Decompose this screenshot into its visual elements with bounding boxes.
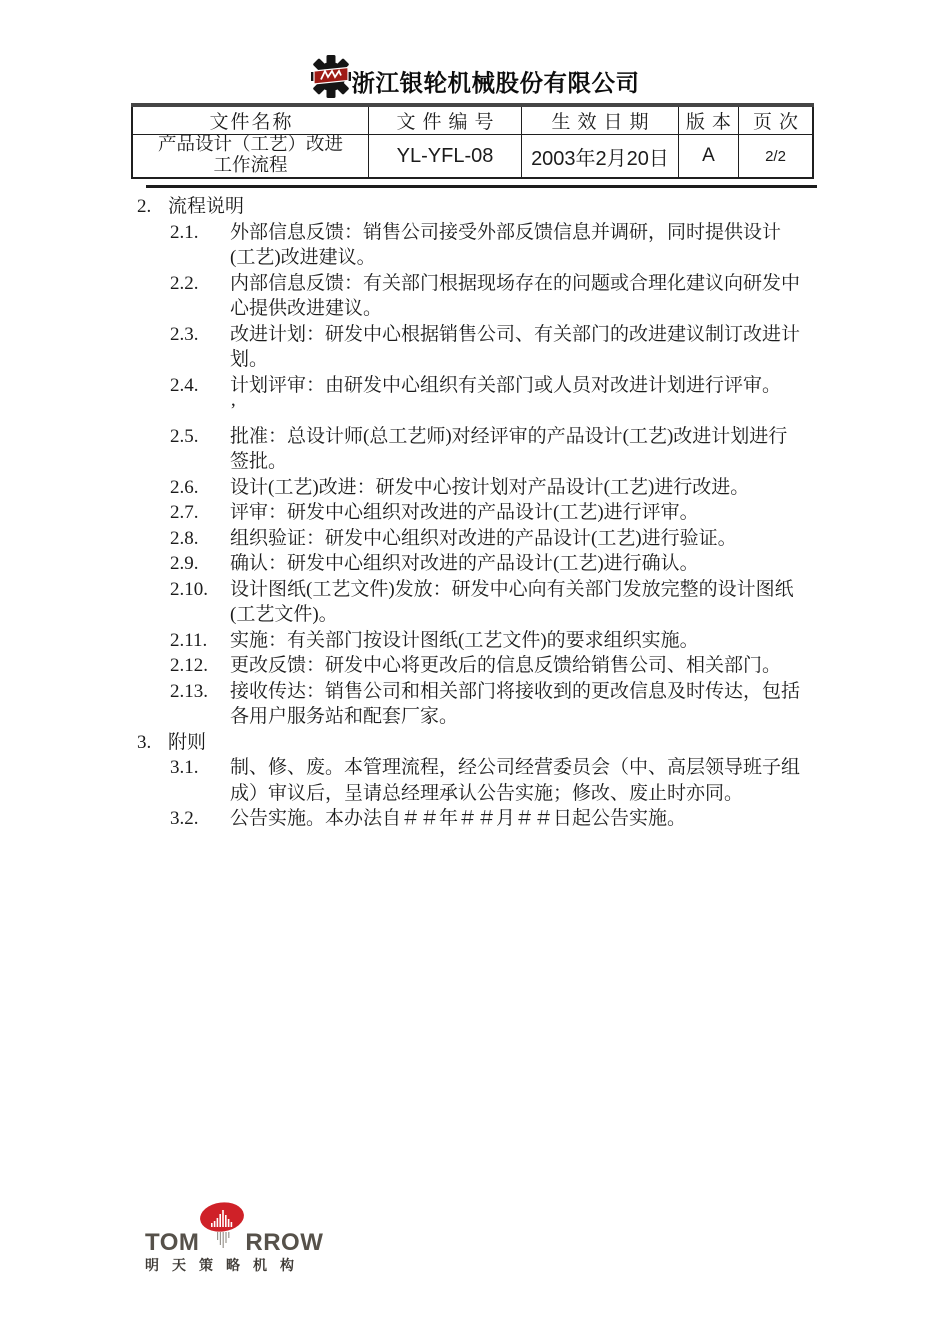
document-info-table: 文件名称 文件编号 生效日期 版本 页次 产品设计（工艺）改进 工作流程 YL-… [131, 103, 814, 179]
tomorrow-logo-text-left: TOM [145, 1234, 199, 1251]
section-heading-2: 2.流程说明 [0, 194, 950, 220]
header-divider-rule [146, 185, 817, 188]
col-header-effective-date: 生效日期 [522, 105, 679, 135]
tomorrow-logo-subtitle: 明天策略机构 [145, 1255, 323, 1275]
process-section: 2.流程说明 2.1.外部信息反馈：销售公司接受外部反馈信息并调研，同时提供设计… [0, 194, 950, 832]
company-gear-logo-icon [311, 54, 351, 99]
process-item-2-2: 2.2.内部信息反馈：有关部门根据现场存在的问题或合理化建议向研发中 心提供改进… [0, 271, 950, 322]
document-page: 浙江银轮机械股份有限公司 文件名称 文件编号 生效日期 版本 页次 产品设计（工… [0, 0, 950, 1344]
process-item-2-12: 2.12.更改反馈：研发中心将更改后的信息反馈给销售公司、相关部门。 [0, 653, 950, 679]
process-item-2-9: 2.9.确认：研发中心组织对改进的产品设计(工艺)进行确认。 [0, 551, 950, 577]
process-item-2-6: 2.6.设计(工艺)改进：研发中心按计划对产品设计(工艺)进行改进。 [0, 475, 950, 501]
process-item-2-4: 2.4.计划评审：由研发中心组织有关部门或人员对改进计划进行评审。 ’ [0, 373, 950, 424]
col-header-doc-number: 文件编号 [369, 105, 522, 135]
tomorrow-logo: TOM [145, 1201, 323, 1275]
process-item-3-1: 3.1.制、修、废。本管理流程，经公司经营委员会（中、高层领导班子组 成）审议后… [0, 755, 950, 806]
tomorrow-logo-text-right: RROW [245, 1234, 323, 1251]
process-item-2-13: 2.13.接收传达：销售公司和相关部门将接收到的更改信息及时传达，包括 各用户服… [0, 679, 950, 730]
page-number-cell: 2/2 [739, 135, 814, 179]
process-item-2-8: 2.8.组织验证：研发中心组织对改进的产品设计(工艺)进行验证。 [0, 526, 950, 552]
col-header-page: 页次 [739, 105, 814, 135]
effective-date-cell: 2003年2月20日 [522, 135, 679, 179]
process-item-2-7: 2.7.评审：研发中心组织对改进的产品设计(工艺)进行评审。 [0, 500, 950, 526]
company-name: 浙江银轮机械股份有限公司 [351, 72, 640, 100]
doc-number-cell: YL-YFL-08 [369, 135, 522, 179]
process-item-2-3: 2.3.改进计划：研发中心根据销售公司、有关部门的改进建议制订改进计 划。 [0, 322, 950, 373]
table-value-row: 产品设计（工艺）改进 工作流程 YL-YFL-08 2003年2月20日 A 2… [132, 135, 813, 179]
process-item-3-2: 3.2.公告实施。本办法自＃＃年＃＃月＃＃日起公告实施。 [0, 806, 950, 832]
col-header-version: 版本 [679, 105, 739, 135]
process-item-2-10: 2.10.设计图纸(工艺文件)发放：研发中心向有关部门发放完整的设计图纸 (工艺… [0, 577, 950, 628]
doc-name-cell: 产品设计（工艺）改进 工作流程 [132, 135, 369, 179]
process-item-2-5: 2.5.批准：总设计师(总工艺师)对经评审的产品设计(工艺)改进计划进行 签批。 [0, 424, 950, 475]
company-header: 浙江银轮机械股份有限公司 [0, 54, 950, 99]
process-item-2-11: 2.11.实施：有关部门按设计图纸(工艺文件)的要求组织实施。 [0, 628, 950, 654]
tomorrow-red-oval-icon [198, 1201, 246, 1251]
process-item-2-1: 2.1.外部信息反馈：销售公司接受外部反馈信息并调研，同时提供设计 (工艺)改进… [0, 220, 950, 271]
section-heading-3: 3.附则 [0, 730, 950, 756]
table-header-row: 文件名称 文件编号 生效日期 版本 页次 [132, 105, 813, 135]
col-header-doc-name: 文件名称 [132, 105, 369, 135]
version-cell: A [679, 135, 739, 179]
